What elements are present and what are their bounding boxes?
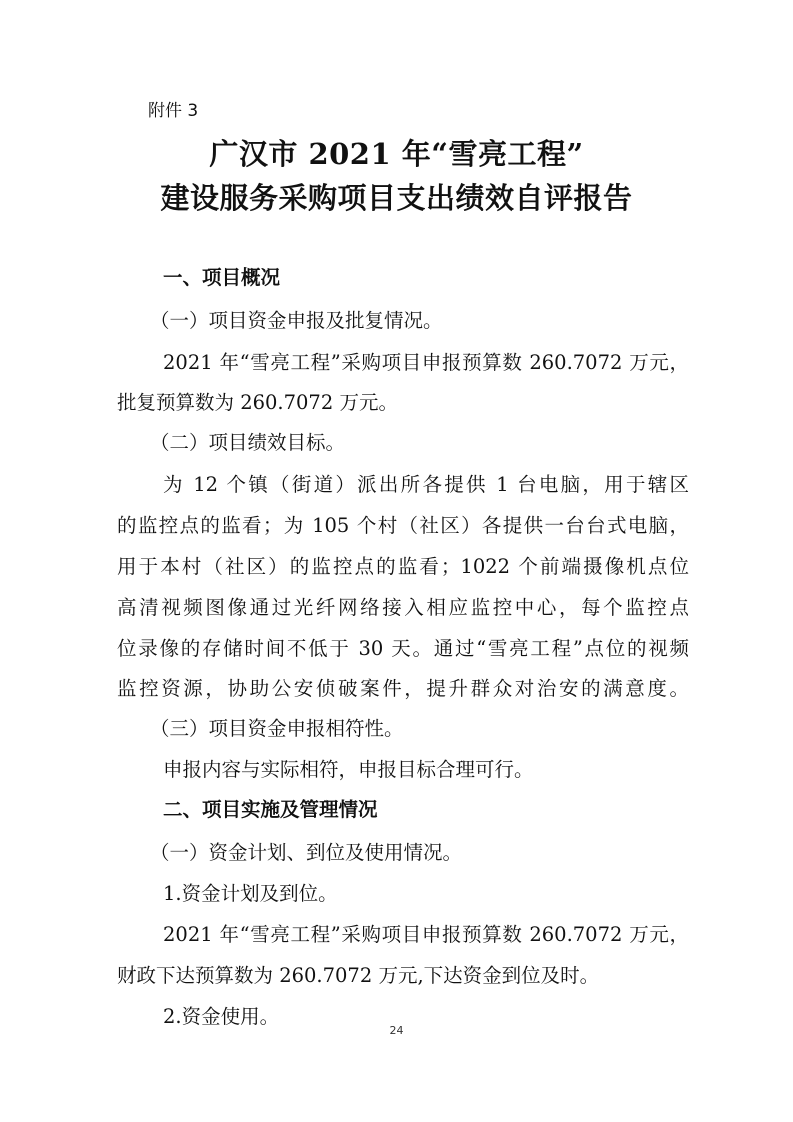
paragraph-line: 监控资源，协助公安侦破案件，提升群众对治安的满意度。	[117, 673, 689, 701]
title-line-1: 广汉市 2021 年“雪亮工程”	[0, 132, 793, 173]
paragraph-line: 高清视频图像通过光纤网络接入相应监控中心，每个监控点	[117, 592, 689, 620]
paragraph-line: 的监控点的监看；为 105 个村（社区）各提供一台台式电脑，	[117, 510, 689, 538]
paragraph-line: 为 12 个镇（街道）派出所各提供 1 台电脑，用于辖区	[163, 469, 689, 497]
paragraph-line: 批复预算数为 260.7072 万元。	[117, 387, 398, 415]
title-line-2: 建设服务采购项目支出绩效自评报告	[0, 176, 793, 217]
subsection-heading-1-2: （二）项目绩效目标。	[150, 427, 345, 455]
paragraph-line: 2021 年“雪亮工程”采购项目申报预算数 260.7072 万元，	[163, 919, 689, 947]
paragraph-line: 申报内容与实际相符，申报目标合理可行。	[163, 754, 534, 782]
section-heading-2: 二、项目实施及管理情况	[163, 794, 378, 822]
subsection-heading-1-1: （一）项目资金申报及批复情况。	[150, 305, 443, 333]
paragraph-line: 财政下达预算数为 260.7072 万元,下达资金到位及时。	[117, 960, 599, 988]
subsection-heading-1-3: （三）项目资金申报相符性。	[150, 713, 404, 741]
page-number: 24	[0, 1024, 793, 1037]
paragraph-line: 2021 年“雪亮工程”采购项目申报预算数 260.7072 万元，	[163, 347, 689, 375]
subsection-heading-2-1: （一）资金计划、到位及使用情况。	[150, 837, 462, 865]
paragraph-line: 位录像的存储时间不低于 30 天。通过“雪亮工程”点位的视频	[117, 633, 689, 661]
paragraph-line: 用于本村（社区）的监控点的监看；1022 个前端摄像机点位	[117, 551, 689, 579]
item-heading-2-1-1: 1.资金计划及到位。	[163, 878, 338, 906]
section-heading-1: 一、项目概况	[163, 262, 280, 290]
attachment-label: 附件 3	[148, 96, 198, 121]
